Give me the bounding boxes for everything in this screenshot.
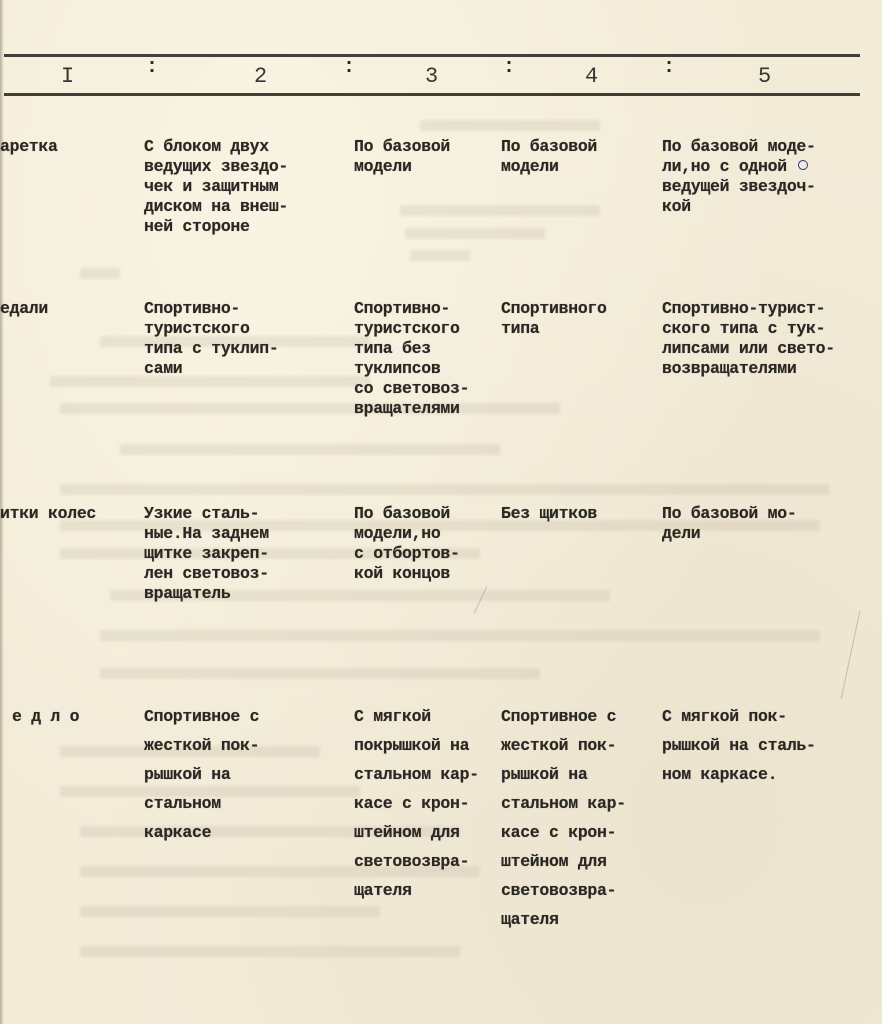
table-cell: Спортивно- туристского типа без туклипсо… [354, 299, 469, 419]
table-cell: С мягкой пок- рышкой на сталь- ном карка… [662, 702, 816, 789]
table-header: I : 2 : 3 : 4 : 5 [0, 58, 882, 92]
table-cell: По базовой модели [354, 137, 450, 177]
column-header-5: 5 [758, 64, 771, 89]
table-cell: С мягкой покрышкой на стальном кар- касе… [354, 702, 479, 905]
row-label: аретка [0, 137, 58, 157]
table-cell: Спортивно-турист- ского типа с тук- липс… [662, 299, 835, 379]
table-top-rule [4, 54, 860, 57]
table-cell: С блоком двух ведущих звездо- чек и защи… [144, 137, 288, 237]
column-header-4: 4 [585, 64, 598, 89]
column-header-1: I [61, 64, 74, 89]
column-separator: : [503, 58, 515, 78]
table-cell: Спортивного типа [501, 299, 607, 339]
table-cell: Спортивное с жесткой пок- рышкой на стал… [144, 702, 259, 847]
table-cell: Спортивно- туристского типа с туклип- са… [144, 299, 278, 379]
table-cell: По базовой моде- ли,но с одной ведущей з… [662, 137, 816, 217]
table-cell: По базовой модели,но с отбортов- кой кон… [354, 504, 460, 584]
column-header-3: 3 [425, 64, 438, 89]
table-cell: Без щитков [501, 504, 597, 524]
column-separator: : [146, 58, 158, 78]
column-header-2: 2 [254, 64, 267, 89]
row-label: е д л о [12, 702, 79, 731]
column-separator: : [663, 58, 675, 78]
table-cell: Спортивное с жесткой пок- рышкой на стал… [501, 702, 626, 934]
row-label: итки колес [0, 504, 96, 524]
table-cell: По базовой модели [501, 137, 597, 177]
table-cell: По базовой мо- дели [662, 504, 796, 544]
column-separator: : [343, 58, 355, 78]
row-label: едали [0, 299, 48, 319]
table-header-bottom-rule [4, 93, 860, 96]
table-cell: Узкие сталь- ные.На заднем щитке закреп-… [144, 504, 269, 604]
